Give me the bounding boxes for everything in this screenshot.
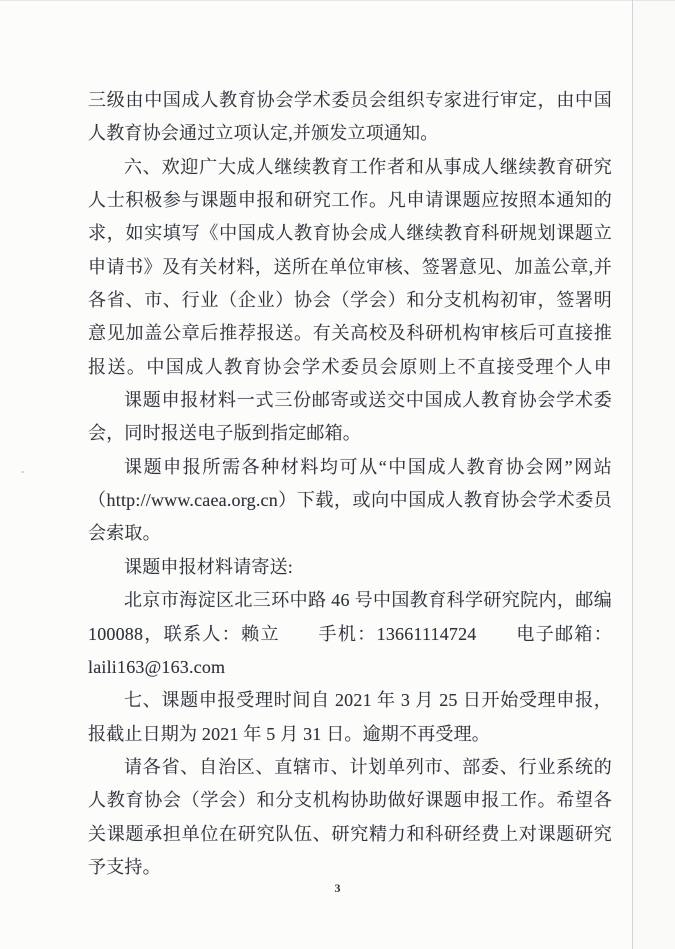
document-line: 人教育协会（学会）和分支机构协助做好课题申报工作。希望各有: [88, 784, 612, 817]
document-line: 人教育协会通过立项认定,并颁发立项通知。: [88, 117, 612, 150]
document-text-block: 三级由中国成人教育协会学术委员会组织专家进行审定，由中国成人教育协会通过立项认定…: [88, 84, 612, 884]
document-line: 意见加盖公章后推荐报送。有关高校及科研机构审核后可直接推荐: [88, 317, 612, 350]
scan-edge-top-line: [0, 0, 675, 1]
scan-speck: [21, 471, 24, 473]
page-number: 3: [0, 881, 675, 896]
document-line: 人士积极参与课题申报和研究工作。凡申请课题应按照本通知的要: [88, 184, 612, 217]
document-line: 七、课题申报受理时间自 2021 年 3 月 25 日开始受理申报，申: [88, 684, 612, 717]
scan-margin-strip: [633, 0, 675, 949]
document-line: 关课题承担单位在研究队伍、研究精力和科研经费上对课题研究给: [88, 818, 612, 851]
document-line: 报送。中国成人教育协会学术委员会原则上不直接受理个人申报。: [88, 351, 612, 384]
scan-edge-right-line: [632, 0, 633, 949]
document-line: 各省、市、行业（企业）协会（学会）和分支机构初审，签署明确: [88, 284, 612, 317]
document-line: 请各省、自治区、直辖市、计划单列市、部委、行业系统的成: [88, 751, 612, 784]
document-line: laili163@163.com: [88, 651, 612, 684]
document-line: 申请书》及有关材料，送所在单位审核、签署意见、加盖公章,并由: [88, 251, 612, 284]
document-line: 会索取。: [88, 517, 612, 550]
document-page: 三级由中国成人教育协会学术委员会组织专家进行审定，由中国成人教育协会通过立项认定…: [0, 0, 675, 949]
document-line: 课题申报所需各种材料均可从“中国成人教育协会网”网站: [88, 451, 612, 484]
document-line: （http://www.caea.org.cn）下载，或向中国成人教育协会学术委…: [88, 484, 612, 517]
document-line: 100088，联系人：赖立 手机：13661114724 电子邮箱：: [88, 618, 612, 651]
document-line: 予支持。: [88, 851, 612, 884]
document-line: 求，如实填写《中国成人教育协会成人继续教育科研规划课题立项: [88, 217, 612, 250]
document-line: 报截止日期为 2021 年 5 月 31 日。逾期不再受理。: [88, 718, 612, 751]
document-line: 北京市海淀区北三环中路 46 号中国教育科学研究院内，邮编: [88, 584, 612, 617]
document-line: 三级由中国成人教育协会学术委员会组织专家进行审定，由中国成: [88, 84, 612, 117]
document-line: 课题申报材料一式三份邮寄或送交中国成人教育协会学术委员: [88, 384, 612, 417]
document-line: 课题申报材料请寄送:: [88, 551, 612, 584]
document-line: 会，同时报送电子版到指定邮箱。: [88, 417, 612, 450]
document-line: 六、欢迎广大成人继续教育工作者和从事成人继续教育研究的: [88, 151, 612, 184]
